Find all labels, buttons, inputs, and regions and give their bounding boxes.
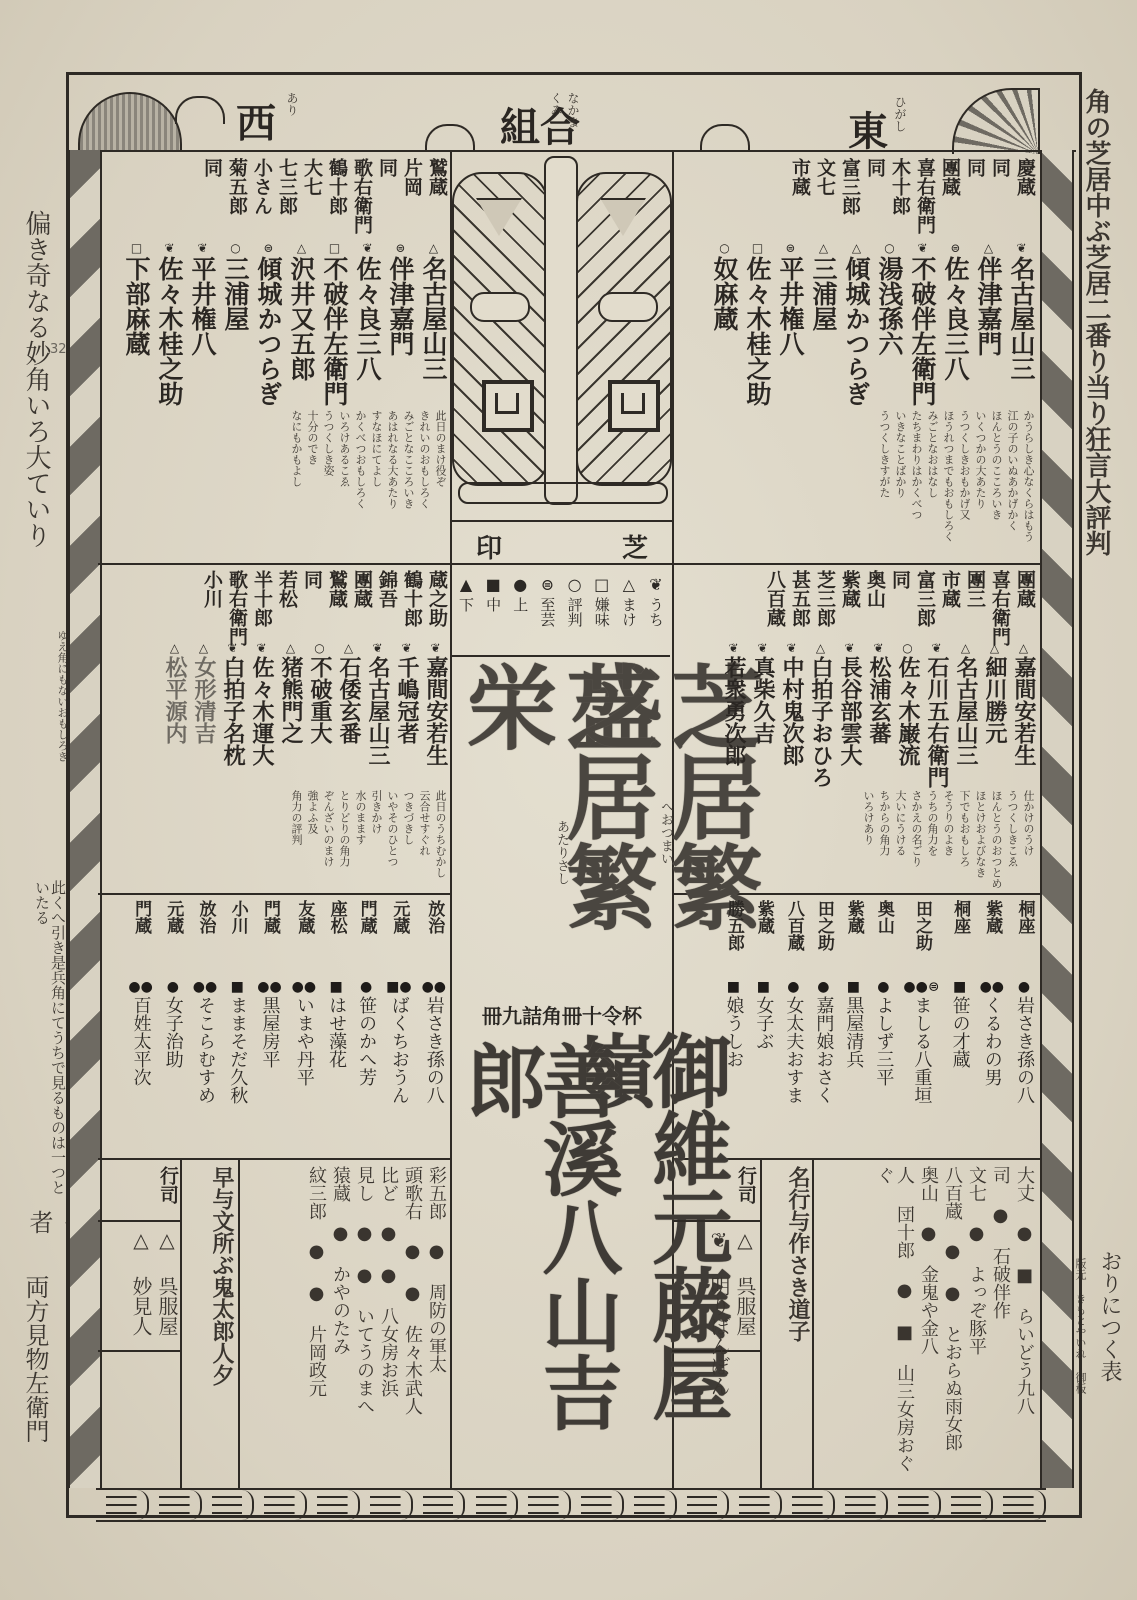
- actor-name: 不破伴左衛門: [909, 256, 936, 406]
- actor-title: 放治: [424, 900, 443, 978]
- actor-title: 桐座: [950, 900, 969, 978]
- note: 大いにうける: [894, 790, 906, 890]
- actor-name: 伴津嘉門: [387, 256, 414, 356]
- note: ほうれつまでもおもしろく: [942, 410, 954, 550]
- actor-title: 紫蔵: [754, 900, 773, 978]
- role-entry: 早与文所ぶ鬼太郎人夕: [210, 1166, 234, 1476]
- rating-mark-icon: ○: [230, 240, 240, 256]
- scroll-segment: [677, 1490, 730, 1520]
- center-lower-left: 善溪八山吉郎: [462, 1040, 614, 1490]
- role-name: 女太夫おすま: [783, 996, 803, 1104]
- rating-mark-icon: ❦: [430, 640, 440, 656]
- rating-mark-icon: △: [852, 240, 861, 256]
- scroll-segment: [202, 1490, 255, 1520]
- role-entry: 頭歌右 ● ● 佐々木武人: [402, 1166, 422, 1476]
- square-outline-icon: □: [594, 575, 609, 597]
- east-top-names: ❦名古屋山三 △伴津嘉門 ⊜佐々良三八 ❦不破伴左衛門 ○湯浅孫六 △傾城かつら…: [680, 240, 1035, 406]
- rating-mark-icon: △: [344, 640, 353, 656]
- rating-dot-icon: ●: [360, 978, 372, 996]
- actor-name: 白拍子おひろ: [809, 656, 832, 788]
- actor-name: 長谷部雲大: [838, 656, 861, 766]
- note: かくべつおもしろく: [354, 410, 366, 550]
- actor-name: 松平源内: [163, 656, 186, 744]
- rating-mark-icon: ❦: [931, 640, 941, 656]
- rating-dot-icon: ●●⊜: [903, 978, 939, 996]
- rating-dot-icon: ■: [329, 978, 342, 996]
- title: 同: [201, 158, 222, 238]
- actor-name: 佐々木桂之助: [156, 256, 183, 406]
- role-entry: 人 団十郎 ● ■ 山三女房おぐぐ: [874, 1166, 914, 1476]
- emblem-stem: [544, 156, 578, 505]
- rating-dot-icon: ●●: [292, 978, 316, 996]
- note: ほとけおよびなき: [974, 790, 986, 890]
- rating-dot-icon: ■: [847, 978, 860, 996]
- title: 小さん: [251, 158, 272, 238]
- note: 引きかけ: [370, 790, 382, 890]
- rating-mark-icon: ⊜: [950, 240, 960, 256]
- note: いろけあるこゑ: [338, 410, 350, 550]
- actor-name: 細川勝元: [983, 656, 1006, 744]
- scroll-segment: [993, 1490, 1046, 1520]
- actor-name: 不破重大: [308, 656, 331, 744]
- actor-name: 嘉間安若生: [1012, 656, 1035, 766]
- west-middle-names: ❦嘉間安若生 ❦千嶋冠者 ❦名古屋山三 △石倭玄番 ○不破重大 △猪熊門之 ❦佐…: [102, 640, 447, 766]
- note: あはれなる大あたり: [386, 410, 398, 550]
- west-lower-roles: 放治●●岩さき孫の八 元蔵■●ばくちおうん 門蔵●笹のかへ芳 座松■はせ藻花 友…: [104, 900, 446, 1104]
- role-name: 百姓太平次: [131, 996, 151, 1086]
- rating-mark-icon: ❦: [362, 240, 372, 256]
- rating-dot-icon: ●: [1018, 978, 1030, 996]
- east-gyoji-label: 行司: [680, 1166, 756, 1204]
- scroll-segment: [888, 1490, 941, 1520]
- note: すなほにてよし: [370, 410, 382, 550]
- actor-name: 平井権八: [777, 256, 804, 356]
- actor-title: 元蔵: [163, 900, 182, 978]
- left-margin-text: 偏き奇なる妙角いろ大ていり: [22, 210, 50, 770]
- cloud-icon: [598, 292, 658, 322]
- actor-title: 門蔵: [131, 900, 150, 978]
- role-entry: 名行与作さき道子: [786, 1166, 810, 1476]
- actor-title: 田之助: [814, 900, 833, 978]
- rating-mark-icon: ❦: [197, 240, 207, 256]
- actor-name: 松浦玄蕃: [867, 656, 890, 744]
- circle-outline-icon: ○: [568, 575, 582, 597]
- stamp-left: 印: [476, 528, 502, 565]
- actor-title: 友蔵: [294, 900, 313, 978]
- rating-dot-icon: ●●: [422, 978, 446, 996]
- right-margin-publisher: おりにつく表: [1094, 1250, 1125, 1490]
- actor-title: 奥山: [874, 900, 893, 978]
- role-entry: 大丈 ● ■ らいどう九八: [1014, 1166, 1034, 1476]
- east-bottom-divider: [672, 1220, 762, 1222]
- role-name: 女子治助: [163, 996, 183, 1068]
- scroll-segment: [149, 1490, 202, 1520]
- role-name: いまや丹平: [294, 996, 314, 1086]
- rating-mark-icon: ❦: [164, 240, 174, 256]
- east-header: 東: [848, 100, 888, 157]
- west-gyoji-label: 行司: [104, 1166, 178, 1204]
- note: みごとなこころいき: [402, 410, 414, 550]
- scroll-segment: [835, 1490, 888, 1520]
- gyoji-label: 行司: [735, 1166, 756, 1204]
- actor-name: 名古屋山三: [420, 256, 447, 381]
- note: いきなことばかり: [894, 410, 906, 550]
- actor-name: 白拍子名枕: [221, 656, 244, 766]
- left-margin-note: 此くへ引き是兵角にてうちで見るものは一つといたる: [34, 880, 66, 1200]
- east-bottom-columns: 大丈 ● ■ らいどう九八 司 ● 石破伴作 文七 ● よっぞ豚平 八百蔵 ● …: [818, 1166, 1034, 1476]
- east-middle-notes: 仕かけのうけ うつくしきこゑ ほんとうのおつとめ ほとけおよびなき 下でもおもし…: [684, 790, 1034, 890]
- rating-mark-icon: ❦: [227, 640, 237, 656]
- title: 菊五郎: [226, 158, 247, 238]
- note: そうりのよき: [942, 790, 954, 890]
- scroll-segment: [307, 1490, 360, 1520]
- scroll-segment: [96, 1490, 149, 1520]
- actor-name: 名古屋山三: [1008, 256, 1035, 381]
- west-bottom-divider: [238, 1158, 240, 1488]
- note: うつくしきすがた: [878, 410, 890, 550]
- rating-mark-icon: ❦: [256, 640, 266, 656]
- center-banner: 杯令十冊角詰九冊: [456, 1000, 668, 1029]
- actor-name: 名古屋山三: [366, 656, 389, 766]
- title: 富三郎: [839, 158, 860, 238]
- note: いくつかの大あたり: [974, 410, 986, 550]
- rating-dot-icon: ●: [877, 978, 889, 996]
- title: 慶蔵: [1014, 158, 1035, 238]
- rating-mark-icon: □: [131, 240, 142, 256]
- actor-name: 千嶋冠者: [395, 656, 418, 744]
- note: 江の子のいぬあかげかく: [1006, 410, 1018, 550]
- note: 下でもおもしろ: [958, 790, 970, 890]
- note: ぞんざいのまけ: [322, 790, 334, 890]
- title: 文七: [814, 158, 835, 238]
- legend-label: うち: [648, 597, 664, 627]
- legend-label: 上: [512, 597, 528, 612]
- note: 水のまます: [354, 790, 366, 890]
- east-furigana: ひがし: [892, 96, 909, 132]
- note: かうらしき心なくらはもう: [1022, 410, 1034, 550]
- east-bottom-divider: [812, 1158, 814, 1488]
- rating-dot-icon: ■: [231, 978, 244, 996]
- rating-mark-icon: ○: [314, 640, 324, 656]
- rating-mark-icon: □: [752, 240, 763, 256]
- rating-mark-icon: ⊜: [263, 240, 273, 256]
- west-bottom-columns: 彩五郎 ● 周防の軍太 頭歌右 ● ● 佐々木武人 比ど ● ● 八女房お浜 見…: [244, 1166, 446, 1476]
- rating-mark-icon: ⊜: [395, 240, 405, 256]
- note: うちの角力を: [926, 790, 938, 890]
- title: 片岡: [401, 158, 422, 238]
- gyoji-label: 行司: [157, 1166, 178, 1204]
- center-furigana-right: へおつまい: [656, 800, 675, 1000]
- gyoji-entry: △ 呉服屋: [156, 1228, 178, 1478]
- scroll-segment: [729, 1490, 782, 1520]
- rating-mark-icon: △: [286, 640, 295, 656]
- actor-title: 紫蔵: [844, 900, 863, 978]
- west-top-names: △名古屋山三 ⊜伴津嘉門 ❦佐々良三八 □不破伴左衛門 △沢井又五郎 ⊜傾城かつ…: [102, 240, 447, 406]
- actor-title: 田之助: [912, 900, 931, 978]
- west-bottom-divider: [98, 1220, 182, 1222]
- east-middle-names: △嘉間安若生 △細川勝元 △名古屋山三 ❦石川五右衛門 ○佐々木巌流 ❦松浦玄蕃…: [680, 640, 1035, 788]
- east-lower-roles: 桐座●岩さき孫の八 紫蔵●●くるわの男 桐座■笹の才蔵 田之助●●⊜ましる八重垣…: [682, 900, 1034, 1104]
- rating-mark-icon: ❦: [917, 240, 927, 256]
- actor-name: 傾城かつらぎ: [843, 256, 870, 406]
- west-header: 西: [236, 92, 276, 149]
- role-name: ましる八重垣: [911, 996, 931, 1104]
- note: 十分のでき: [306, 410, 318, 550]
- role-name: よしず三平: [873, 996, 893, 1086]
- rating-mark-icon: ❦: [873, 640, 883, 656]
- role-name: ままそだ久秋: [227, 996, 247, 1104]
- east-bottom-divider: [760, 1158, 762, 1488]
- rating-mark-icon: △: [819, 240, 828, 256]
- actor-name: 奴麻蔵: [711, 256, 738, 331]
- role-name: 女子ぶ: [753, 996, 773, 1050]
- note: きれいのおもしろく: [418, 410, 430, 550]
- west-furigana: あり: [284, 92, 301, 116]
- tier-divider-3-west: [98, 1158, 452, 1160]
- title: 七三郎: [276, 158, 297, 238]
- rating-dot-icon: ●●: [257, 978, 281, 996]
- west-bottom-side-col: 早与文所ぶ鬼太郎人夕: [186, 1166, 234, 1476]
- rating-dot-icon: ■: [757, 978, 770, 996]
- rating-mark-icon: △: [297, 240, 306, 256]
- rating-mark-icon: ❦: [401, 640, 411, 656]
- role-name: 嘉門娘おさく: [813, 996, 833, 1104]
- legend-label: まけ: [621, 597, 637, 627]
- rating-mark-icon: ❦: [372, 640, 382, 656]
- east-striped-pillar: [1040, 150, 1074, 1488]
- role-name: 岩さき孫の八: [424, 996, 444, 1104]
- west-top-titles: 鷲蔵 片岡 同 歌右衛門 鶴十郎 大七 七三郎 小さん 菊五郎 同: [102, 158, 447, 238]
- scroll-segment: [518, 1490, 571, 1520]
- note: とりどりの角力: [338, 790, 350, 890]
- actor-name: 中村鬼次郎: [780, 656, 803, 766]
- role-entry: 比ど ● ● 八女房お浜: [378, 1166, 398, 1476]
- note: ちからの角力: [878, 790, 890, 890]
- note: なにもかもよし: [290, 410, 302, 550]
- actor-title: 門蔵: [357, 900, 376, 978]
- actor-name: 沢井又五郎: [288, 256, 315, 381]
- actor-name: 傾城かつらぎ: [255, 256, 282, 406]
- role-name: 黒屋房平: [259, 996, 279, 1068]
- note: 仕かけのうけ: [1022, 790, 1034, 890]
- actor-title: 八百蔵: [784, 900, 803, 978]
- rating-mark-icon: △: [816, 640, 825, 656]
- actor-title: 勝五郎: [724, 900, 743, 978]
- rating-dot-icon: ■: [953, 978, 966, 996]
- actor-name: 佐々木運大: [250, 656, 273, 766]
- scroll-segment: [413, 1490, 466, 1520]
- triangle-filled-icon: ▲: [460, 575, 472, 597]
- role-entry: 見し ● ● いてうのまへ: [354, 1166, 374, 1476]
- note: うつくしきこゑ: [1006, 790, 1018, 890]
- note: さかえの名ごり: [910, 790, 922, 890]
- role-entry: 彩五郎 ● 周防の軍太: [426, 1166, 446, 1476]
- rating-mark-icon: ❦: [757, 640, 767, 656]
- rating-mark-icon: △: [170, 640, 179, 656]
- actor-name: 名古屋山三: [954, 656, 977, 766]
- center-furigana-left: あたりさし: [552, 820, 571, 1000]
- scroll-segment: [360, 1490, 413, 1520]
- cloud-icon: [470, 292, 530, 322]
- spiral-meander-icon: [608, 380, 660, 432]
- actor-name: 平井権八: [189, 256, 216, 356]
- tasseled-cord-icon: [458, 482, 668, 504]
- scroll-segment: [624, 1490, 677, 1520]
- rating-dot-icon: ●: [167, 978, 179, 996]
- scroll-segment: [782, 1490, 835, 1520]
- role-entry: 八百蔵 ● ● とおらぬ雨女郎: [942, 1166, 962, 1476]
- actor-name: 佐々良三八: [942, 256, 969, 381]
- circle-filled-icon: ●: [513, 575, 527, 597]
- role-name: ばくちおうん: [389, 996, 409, 1104]
- note: 此日のうちむかし: [434, 790, 446, 890]
- west-gyoji-entries: △ 呉服屋 △ 妙見人: [104, 1228, 178, 1478]
- rating-dot-icon: ●: [817, 978, 829, 996]
- actor-name: 三浦屋: [222, 256, 249, 331]
- note: つきづきし: [402, 790, 414, 890]
- stamp-right: 芝: [622, 528, 648, 565]
- actor-title: 門蔵: [260, 900, 279, 978]
- tier-divider-1: [98, 563, 1040, 565]
- title: 歌右衛門: [351, 158, 372, 238]
- role-name: くるわの男: [982, 996, 1002, 1086]
- rating-legend: ❦うち △まけ □嫌味 ○評判 ⊜至芸 ●上 ■中 ▲下: [452, 575, 670, 657]
- rating-mark-icon: ❦: [786, 640, 796, 656]
- actor-name: 女形清吉: [192, 656, 215, 744]
- triangle-outline-icon: △: [623, 575, 635, 597]
- note: 角力の評判: [290, 790, 302, 890]
- actor-name: 嘉間安若生: [424, 656, 447, 766]
- note: 強よふ及: [306, 790, 318, 890]
- rating-mark-icon: △: [990, 640, 999, 656]
- east-gyoji-entries: △ 呉服屋 ❦ 明りぼんぼん: [680, 1228, 756, 1478]
- rating-dot-icon: ●: [787, 978, 799, 996]
- actor-name: 佐々良三八: [354, 256, 381, 381]
- pill-icon: ⊜: [541, 575, 554, 597]
- title: 同: [864, 158, 885, 238]
- rating-mark-icon: ○: [719, 240, 729, 256]
- actor-name: 猪熊門之: [279, 656, 302, 744]
- right-margin-title: 角の芝居中ぶ芝居二番り当り狂言大評判: [1082, 88, 1110, 708]
- gyoji-entry: △ 妙見人: [130, 1228, 152, 1478]
- actor-name: 佐々木桂之助: [744, 256, 771, 406]
- title: 團蔵: [939, 158, 960, 238]
- role-entry: 紋三郎 ● ● 片岡政元: [306, 1166, 326, 1476]
- square-filled-icon: ■: [486, 575, 501, 597]
- note: ほんとうのおつとめ: [990, 790, 1002, 890]
- role-name: はせ藻花: [326, 996, 346, 1068]
- title: 鶴十郎: [326, 158, 347, 238]
- tier-divider-2-west: [98, 893, 452, 895]
- legend-label: 至芸: [539, 597, 555, 627]
- actor-title: 座松: [327, 900, 346, 978]
- author-name: 両方見物左衛門: [22, 1275, 48, 1515]
- scroll-segment: [571, 1490, 624, 1520]
- rating-mark-icon: △: [961, 640, 970, 656]
- actor-name: 真柴久吉: [751, 656, 774, 744]
- actor-title: 小川: [228, 900, 247, 978]
- west-middle-notes: 此日のうちむかし 云合せすぐれ つきづきし いやそのひとつ 引きかけ 水のまます…: [106, 790, 446, 890]
- actor-name: 佐々木巌流: [896, 656, 919, 766]
- rating-mark-icon: △: [429, 240, 438, 256]
- legend-label: 評判: [567, 597, 583, 627]
- actor-name: 湯浅孫六: [876, 256, 903, 356]
- rating-dot-icon: ●●: [128, 978, 152, 996]
- leaf-icon: ❦: [649, 575, 662, 597]
- role-entry: 奥山 ● 金鬼や金八: [918, 1166, 938, 1476]
- title: 大七: [301, 158, 322, 238]
- title: 市蔵: [789, 158, 810, 238]
- title: 鷲蔵: [426, 158, 447, 238]
- rating-dot-icon: ●●: [193, 978, 217, 996]
- actor-title: 桐座: [1015, 900, 1034, 978]
- actor-title: 元蔵: [389, 900, 408, 978]
- actor-name: 下部麻蔵: [123, 256, 150, 356]
- actor-title: 紫蔵: [982, 900, 1001, 978]
- west-bottom-divider: [180, 1158, 182, 1488]
- gyoji-entry: ❦ 明りぼんぼん: [708, 1228, 730, 1478]
- title: 喜右衛門: [914, 158, 935, 238]
- legend-label: 下: [458, 597, 474, 612]
- west-striped-pillar: [68, 150, 102, 1488]
- role-name: 笹のかへ芳: [356, 996, 376, 1086]
- east-top-notes: かうらしき心なくらはもう 江の子のいぬあかげかく ほんとうのこころいき いくつか…: [684, 410, 1034, 550]
- scroll-segment: [465, 1490, 518, 1520]
- scroll-segment: [254, 1490, 307, 1520]
- note: 此日のまけ役ぞ: [434, 410, 446, 550]
- actor-name: 若衆勇次郎: [722, 656, 745, 766]
- pencil-annotation: 32: [50, 342, 67, 357]
- role-name: 岩さき孫の八: [1014, 996, 1034, 1104]
- actor-name: 伴津嘉門: [975, 256, 1002, 356]
- rating-mark-icon: ○: [884, 240, 894, 256]
- actor-name: 三浦屋: [810, 256, 837, 331]
- actor-name: 不破伴左衛門: [321, 256, 348, 406]
- note: 云合せすぐれ: [418, 790, 430, 890]
- legend-label: 嫌味: [594, 597, 610, 627]
- spiral-meander-icon: [482, 380, 534, 432]
- scroll-segment: [941, 1490, 994, 1520]
- actor-title: 放治: [196, 900, 215, 978]
- note: いろけあり: [862, 790, 874, 890]
- note: ほんとうのこころいき: [990, 410, 1002, 550]
- center-emblem: [452, 152, 670, 522]
- rating-mark-icon: □: [329, 240, 340, 256]
- bottom-scroll-border: [96, 1488, 1046, 1522]
- title: 同: [376, 158, 397, 238]
- note: いやそのひとつ: [386, 790, 398, 890]
- title: 同: [989, 158, 1010, 238]
- west-top-notes: 此日のまけ役ぞ きれいのおもしろく みごとなこころいき あはれなる大あたり すな…: [106, 410, 446, 550]
- rating-mark-icon: ○: [902, 640, 912, 656]
- east-top-titles: 慶蔵 同 同 團蔵 喜右衛門 木十郎 同 富三郎 文七 市蔵: [680, 158, 1035, 238]
- note: たちまわりはかくべつ: [910, 410, 922, 550]
- role-name: 娘うしお: [723, 996, 743, 1068]
- role-entry: 司 ● 石破伴作: [990, 1166, 1010, 1476]
- rating-dot-icon: ■: [727, 978, 740, 996]
- center-furigana: なかま くみ: [548, 92, 582, 142]
- rating-mark-icon: △: [1019, 640, 1028, 656]
- rating-mark-icon: △: [984, 240, 993, 256]
- role-name: そこらむすめ: [195, 996, 215, 1104]
- note: うつくしき姿: [322, 410, 334, 550]
- gyoji-entry: △ 呉服屋: [734, 1228, 756, 1478]
- rating-mark-icon: △: [199, 640, 208, 656]
- legend-label: 中: [485, 597, 501, 612]
- title: 同: [964, 158, 985, 238]
- rating-dot-icon: ■●: [386, 978, 411, 996]
- note: うつくしきおもかげ又: [958, 410, 970, 550]
